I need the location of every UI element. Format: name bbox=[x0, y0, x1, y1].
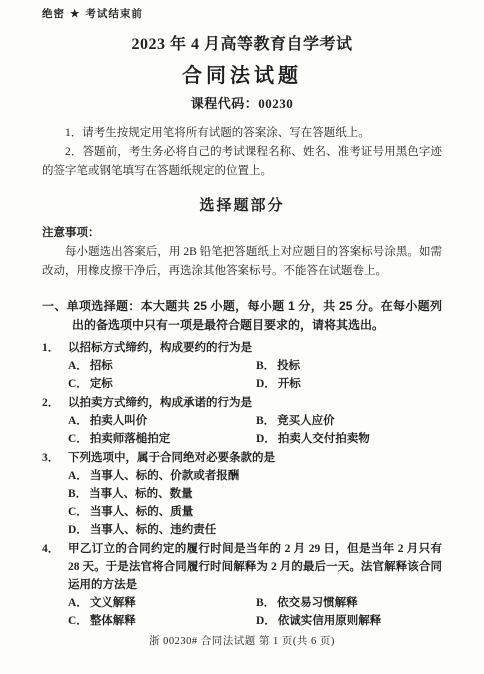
notice-block: 注意事项： 每小题选出答案后，用 2B 铅笔把答题纸上对应题目的答案标号涂黑。如… bbox=[42, 224, 442, 281]
option-label: D． bbox=[68, 524, 88, 536]
option-label: B． bbox=[68, 488, 87, 500]
option-b: B．竞买人应价 bbox=[256, 412, 442, 430]
notice-body: 每小题选出答案后，用 2B 铅笔把答题纸上对应题目的答案标号涂黑。如需改动，用橡… bbox=[42, 243, 442, 281]
option-text: 整体解释 bbox=[90, 615, 136, 627]
page-footer: 浙 00230# 合同法试题 第 1 页(共 6 页) bbox=[0, 633, 484, 648]
part-one-heading: 一、单项选择题：本大题共 25 小题，每小题 1 分，共 25 分。在每小题列出… bbox=[42, 297, 442, 335]
option-text: 依诚实信用原则解释 bbox=[278, 615, 382, 627]
options-group: A．招标 B．投标 C．定标 D．开标 bbox=[68, 357, 442, 393]
question-1: 1． 以招标方式缔约，构成要约的行为是 A．招标 B．投标 C．定标 D．开标 bbox=[42, 339, 442, 393]
option-label: B． bbox=[256, 360, 275, 372]
option-d: D．依诚实信用原则解释 bbox=[256, 612, 442, 630]
option-text: 当事人、标的、数量 bbox=[89, 488, 193, 500]
options-group: A．当事人、标的、价款或者报酬 B．当事人、标的、数量 C．当事人、标的、质量 … bbox=[68, 467, 442, 539]
question-stem: 以招标方式缔约，构成要约的行为是 bbox=[68, 339, 442, 357]
option-label: D． bbox=[256, 378, 276, 390]
option-label: D． bbox=[256, 615, 276, 627]
question-4: 4． 甲乙订立的合同约定的履行时间是当年的 2 月 29 日，但是当年 2 月只… bbox=[42, 540, 442, 630]
question-2: 2． 以拍卖方式缔约，构成承诺的行为是 A．拍卖人叫价 B．竞买人应价 C．拍卖… bbox=[42, 394, 442, 448]
option-a: A．拍卖人叫价 bbox=[68, 412, 256, 430]
course-code: 课程代码：00230 bbox=[42, 93, 442, 112]
question-stem: 以拍卖方式缔约，构成承诺的行为是 bbox=[68, 394, 442, 412]
option-c: C．拍卖师落槌拍定 bbox=[68, 430, 256, 448]
question-number: 3． bbox=[42, 449, 68, 539]
option-d: D．当事人、标的、违约责任 bbox=[68, 521, 442, 539]
instruction-item-2: 2．答题前，考生务必将自己的考试课程名称、姓名、准考证号用黑色字迹的签字笔或钢笔… bbox=[42, 143, 442, 181]
option-label: D． bbox=[256, 433, 276, 445]
exam-session-title: 2023 年 4 月高等教育自学考试 bbox=[42, 31, 442, 54]
part-one-number: 一、 bbox=[42, 299, 67, 313]
option-text: 竞买人应价 bbox=[277, 415, 335, 427]
question-number: 2． bbox=[42, 394, 68, 448]
option-text: 文义解释 bbox=[90, 597, 136, 609]
option-text: 拍卖人交付拍卖物 bbox=[278, 433, 370, 445]
part-one-heading-text: 单项选择题：本大题共 25 小题，每小题 1 分，共 25 分。在每小题列出的备… bbox=[67, 299, 442, 332]
option-a: A．当事人、标的、价款或者报酬 bbox=[68, 467, 442, 485]
options-group: A．文义解释 B．依交易习惯解释 C．整体解释 D．依诚实信用原则解释 bbox=[68, 594, 442, 630]
option-a: A．文义解释 bbox=[68, 594, 256, 612]
option-label: B． bbox=[256, 415, 275, 427]
option-d: D．拍卖人交付拍卖物 bbox=[256, 430, 442, 448]
option-text: 当事人、标的、价款或者报酬 bbox=[90, 470, 240, 482]
option-a: A．招标 bbox=[68, 357, 256, 375]
option-text: 拍卖人叫价 bbox=[90, 415, 148, 427]
option-label: A． bbox=[68, 360, 88, 372]
option-text: 招标 bbox=[90, 360, 113, 372]
option-text: 定标 bbox=[90, 378, 113, 390]
exam-paper-page: 绝密 ★ 考试结束前 2023 年 4 月高等教育自学考试 合同法试题 课程代码… bbox=[0, 0, 484, 674]
option-label: A． bbox=[68, 415, 88, 427]
paper-title: 合同法试题 bbox=[42, 59, 442, 88]
question-stem: 下列选项中，属于合同绝对必要条款的是 bbox=[68, 449, 442, 467]
star-icon: ★ bbox=[70, 8, 80, 20]
option-text: 投标 bbox=[277, 360, 300, 372]
option-b: B．依交易习惯解释 bbox=[256, 594, 442, 612]
option-b: B．当事人、标的、数量 bbox=[68, 485, 442, 503]
question-number: 4． bbox=[42, 540, 68, 630]
question-stem: 甲乙订立的合同约定的履行时间是当年的 2 月 29 日，但是当年 2 月只有 2… bbox=[68, 540, 442, 594]
option-c: C．定标 bbox=[68, 375, 256, 393]
instruction-item-1: 1．请考生按规定用笔将所有试题的答案涂、写在答题纸上。 bbox=[42, 124, 442, 143]
secrecy-line: 绝密 ★ 考试结束前 bbox=[42, 6, 442, 21]
option-text: 开标 bbox=[278, 378, 301, 390]
section-title: 选择题部分 bbox=[42, 194, 442, 215]
option-d: D．开标 bbox=[256, 375, 442, 393]
question-number: 1． bbox=[42, 339, 68, 393]
option-label: C． bbox=[68, 378, 88, 390]
option-label: C． bbox=[68, 506, 88, 518]
option-label: A． bbox=[68, 470, 88, 482]
timing-note-label: 考试结束前 bbox=[85, 6, 143, 21]
option-label: C． bbox=[68, 433, 88, 445]
question-3: 3． 下列选项中，属于合同绝对必要条款的是 A．当事人、标的、价款或者报酬 B．… bbox=[42, 449, 442, 539]
option-text: 依交易习惯解释 bbox=[277, 597, 358, 609]
option-b: B．投标 bbox=[256, 357, 442, 375]
instructions-block: 1．请考生按规定用笔将所有试题的答案涂、写在答题纸上。 2．答题前，考生务必将自… bbox=[42, 124, 442, 181]
option-label: A． bbox=[68, 597, 88, 609]
option-text: 拍卖师落槌拍定 bbox=[90, 433, 171, 445]
options-group: A．拍卖人叫价 B．竞买人应价 C．拍卖师落槌拍定 D．拍卖人交付拍卖物 bbox=[68, 412, 442, 448]
classification-label: 绝密 bbox=[42, 6, 65, 21]
notice-heading: 注意事项： bbox=[42, 224, 442, 243]
option-label: C． bbox=[68, 615, 88, 627]
question-list: 1． 以招标方式缔约，构成要约的行为是 A．招标 B．投标 C．定标 D．开标 … bbox=[42, 339, 442, 630]
option-label: B． bbox=[256, 597, 275, 609]
option-c: C．整体解释 bbox=[68, 612, 256, 630]
option-text: 当事人、标的、违约责任 bbox=[90, 524, 217, 536]
option-text: 当事人、标的、质量 bbox=[90, 506, 194, 518]
option-c: C．当事人、标的、质量 bbox=[68, 503, 442, 521]
